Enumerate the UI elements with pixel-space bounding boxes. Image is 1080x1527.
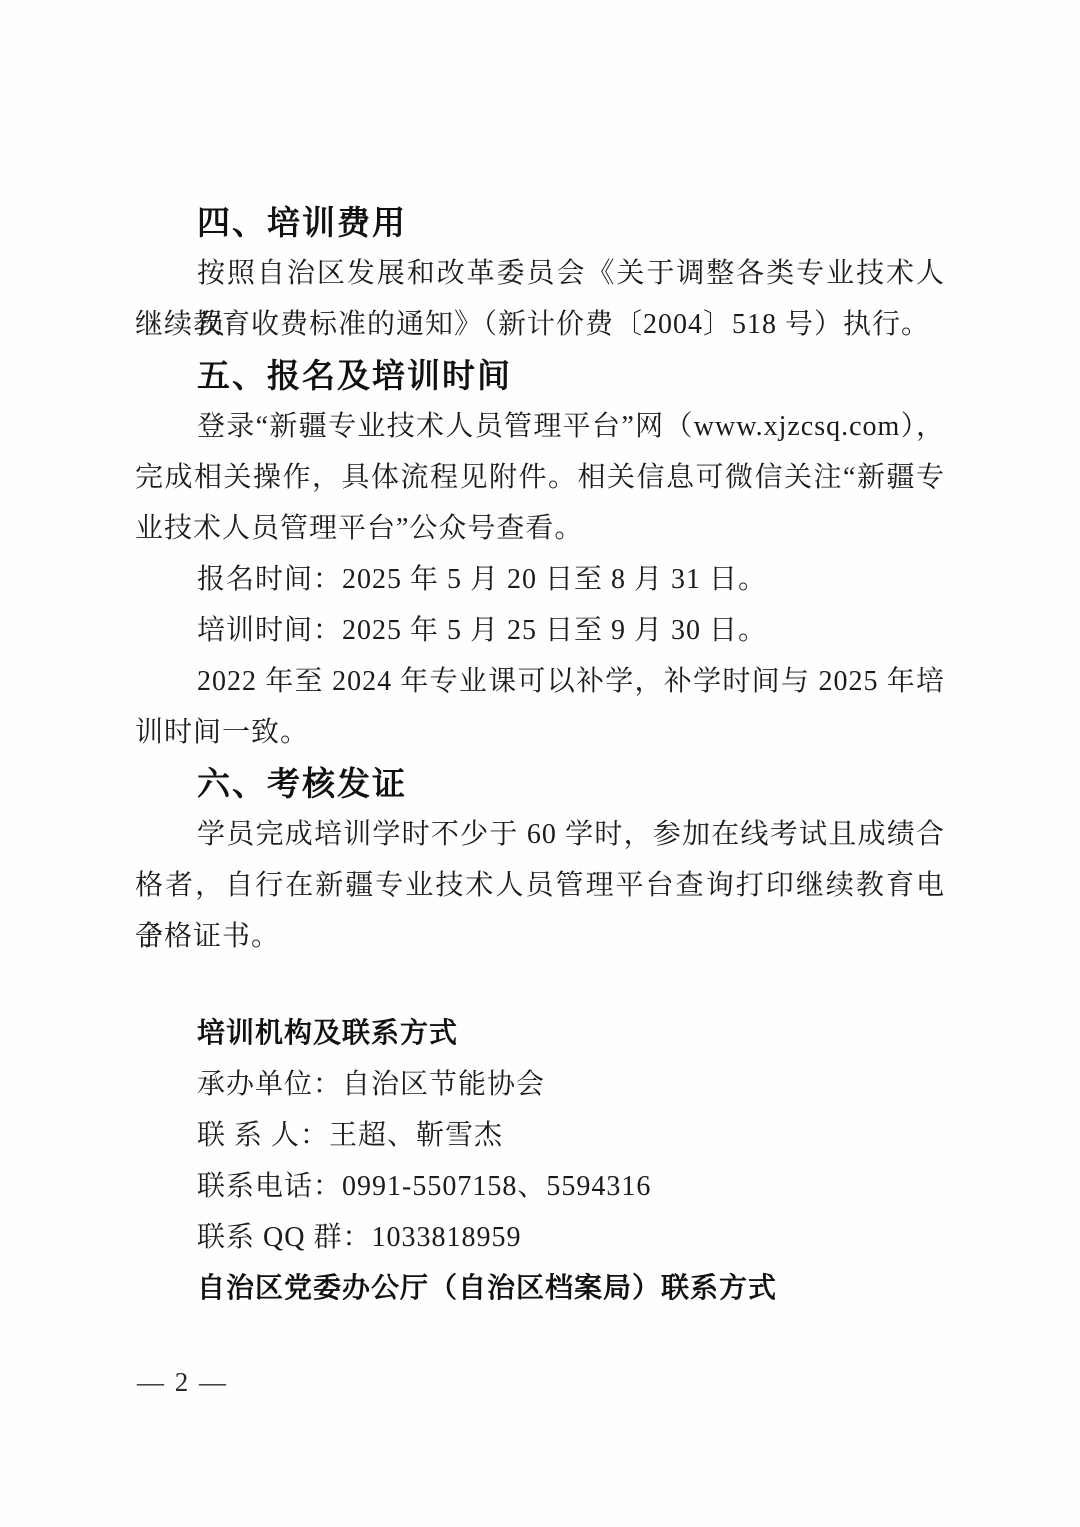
registration-time-line: 报名时间：2025 年 5 月 20 日至 8 月 31 日。	[135, 554, 945, 605]
body-line: 格者，自行在新疆专业技术人员管理平台查询打印继续教育电子	[135, 860, 945, 911]
section-heading-5: 五、报名及培训时间	[135, 350, 945, 401]
organizer-line: 承办单位：自治区节能协会	[135, 1059, 945, 1110]
body-line: 合格证书。	[135, 911, 945, 962]
section-heading-4: 四、培训费用	[135, 197, 945, 248]
body-line: 按照自治区发展和改革委员会《关于调整各类专业技术人员	[135, 248, 945, 299]
section-heading-6: 六、考核发证	[135, 758, 945, 809]
page-number: — 2 —	[137, 1362, 228, 1402]
body-line: 训时间一致。	[135, 707, 945, 758]
body-line: 登录“新疆专业技术人员管理平台”网（www.xjzcsq.com），	[135, 401, 945, 452]
contact-section-heading: 培训机构及联系方式	[135, 1008, 945, 1059]
body-line: 继续教育收费标准的通知》（新计价费〔2004〕518 号）执行。	[135, 299, 945, 350]
contact-qq-line: 联系 QQ 群：1033818959	[135, 1212, 945, 1263]
body-line: 完成相关操作，具体流程见附件。相关信息可微信关注“新疆专	[135, 452, 945, 503]
body-line: 业技术人员管理平台”公众号查看。	[135, 503, 945, 554]
blank-line	[135, 962, 945, 1008]
body-line: 学员完成培训学时不少于 60 学时，参加在线考试且成绩合	[135, 809, 945, 860]
training-time-line: 培训时间：2025 年 5 月 25 日至 9 月 30 日。	[135, 605, 945, 656]
office-contact-heading: 自治区党委办公厅（自治区档案局）联系方式	[135, 1263, 945, 1314]
document-body: 四、培训费用 按照自治区发展和改革委员会《关于调整各类专业技术人员 继续教育收费…	[135, 197, 945, 1314]
contact-phone-line: 联系电话：0991-5507158、5594316	[135, 1161, 945, 1212]
body-line: 2022 年至 2024 年专业课可以补学，补学时间与 2025 年培	[135, 656, 945, 707]
document-page: 四、培训费用 按照自治区发展和改革委员会《关于调整各类专业技术人员 继续教育收费…	[0, 0, 1080, 1527]
contact-person-line: 联 系 人：王超、靳雪杰	[135, 1110, 945, 1161]
